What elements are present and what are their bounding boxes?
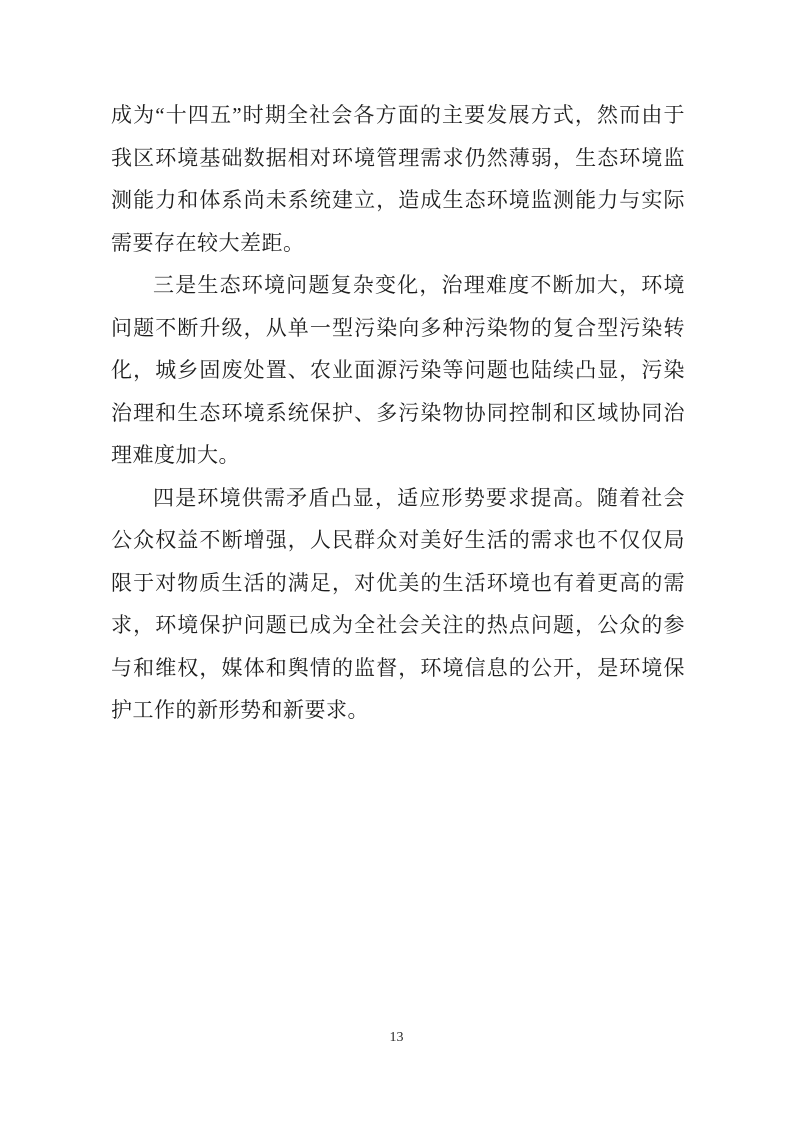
page-footer: 13 [0, 1028, 793, 1046]
page-body: 成为“十四五”时期全社会各方面的主要发展方式，然而由于我区环境基础数据相对环境管… [111, 94, 685, 732]
document-page: 成为“十四五”时期全社会各方面的主要发展方式，然而由于我区环境基础数据相对环境管… [0, 0, 793, 1122]
paragraph-point-three: 三是生态环境问题复杂变化，治理难度不断加大，环境问题不断升级，从单一型污染向多种… [111, 264, 685, 477]
paragraph-continuation: 成为“十四五”时期全社会各方面的主要发展方式，然而由于我区环境基础数据相对环境管… [111, 94, 685, 264]
paragraph-point-four: 四是环境供需矛盾凸显，适应形势要求提高。随着社会公众权益不断增强，人民群众对美好… [111, 477, 685, 732]
page-number: 13 [390, 1030, 404, 1045]
